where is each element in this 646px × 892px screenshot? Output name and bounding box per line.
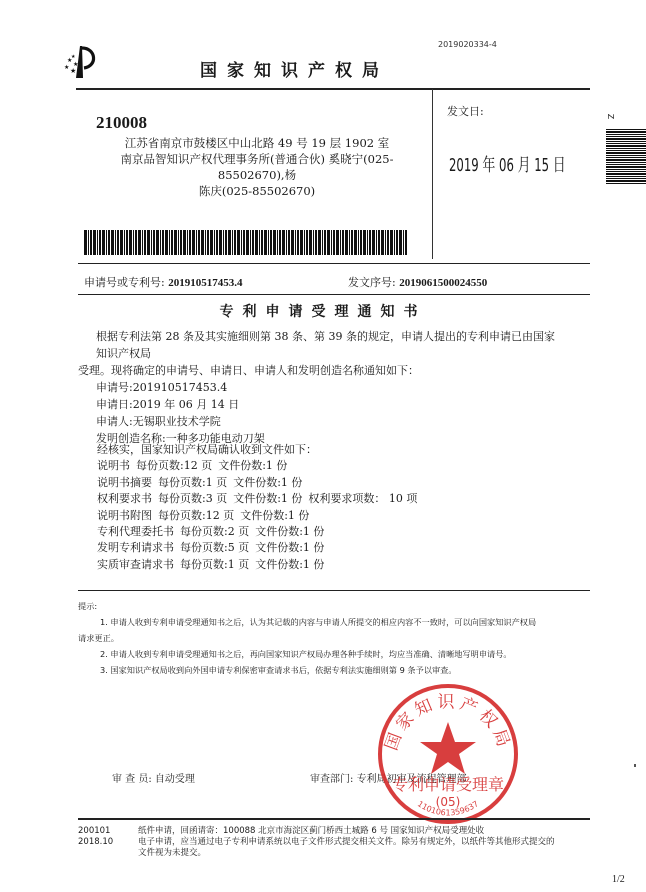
cnipa-logo-icon: ★ ★ ★ ★ ★ bbox=[62, 44, 102, 80]
issue-date-label: 发文日: bbox=[447, 103, 484, 119]
footer-notes: 纸件申请，回函请寄：100088 北京市海淀区蓟门桥西土城路 6 号 国家知识产… bbox=[138, 826, 608, 859]
address-line: 南京品智知识产权代理事务所(普通合伙) 奚晓宁(025-85502670),杨 bbox=[92, 151, 422, 183]
tip-item: 2. 申请人收到专利申请受理通知书之后，再向国家知识产权局办理各种手续时，均应当… bbox=[78, 646, 598, 662]
footer-line: 文件视为未提交。 bbox=[138, 848, 608, 859]
star-icon bbox=[420, 722, 476, 774]
footer-rule bbox=[78, 818, 590, 820]
tips-rule bbox=[78, 590, 590, 591]
file-name: 权利要求书 bbox=[97, 492, 152, 505]
svg-text:★: ★ bbox=[71, 54, 76, 60]
document-number: 2019020334-4 bbox=[438, 40, 497, 49]
file-copies: 文件份数:1 份 bbox=[240, 509, 309, 522]
field-application-number: 申请号:201910517453.4 bbox=[78, 379, 558, 396]
barcode-right bbox=[228, 230, 408, 255]
margin-mark bbox=[634, 764, 636, 767]
tips: 提示: 1. 申请人收到专利申请受理通知书之后，认为其记载的内容与申请人所提交的… bbox=[78, 598, 598, 678]
address-line: 陈庆(025-85502670) bbox=[92, 183, 422, 199]
received-intro: 经核实，国家知识产权局确认收到文件如下： bbox=[97, 442, 423, 458]
department-label: 审查部门: bbox=[310, 774, 353, 785]
file-row: 权利要求书每份页数:3 页文件份数:1 份权利要求项数： 10 项 bbox=[97, 491, 423, 507]
header-rule bbox=[76, 88, 590, 90]
tip-item: 请求更正。 bbox=[78, 630, 598, 646]
intro-line: 根据专利法第 28 条及其实施细则第 38 条、第 39 条的规定，申请人提出的… bbox=[78, 328, 558, 362]
file-extra: 权利要求项数： 10 项 bbox=[308, 492, 417, 505]
official-seal-stamp: 国家知识产权局 专利申请受理章 (05) 1101061359637 bbox=[376, 682, 520, 826]
file-row: 专利代理委托书每份页数:2 页文件份数:1 份 bbox=[97, 524, 423, 540]
side-barcode-label: Z bbox=[606, 114, 615, 119]
file-name: 发明专利请求书 bbox=[97, 541, 174, 554]
intro-line: 受理。现将确定的申请号、申请日、申请人和发明创造名称通知如下： bbox=[78, 362, 558, 379]
file-name: 说明书 bbox=[97, 459, 130, 472]
file-pages: 每份页数:1 页 bbox=[180, 558, 249, 571]
footer-code: 200101 bbox=[78, 826, 113, 837]
file-copies: 文件份数:1 份 bbox=[255, 541, 324, 554]
stamp-code: (05) bbox=[436, 795, 461, 809]
reviewer: 审 查 员: 自动受理 bbox=[112, 770, 195, 785]
reviewer-label: 审 查 员: bbox=[112, 774, 152, 785]
reviewer-value: 自动受理 bbox=[155, 774, 195, 785]
file-name: 说明书附图 bbox=[97, 509, 152, 522]
postcode: 210008 bbox=[96, 113, 147, 133]
footer-line: 电子申请，应当通过电子专利申请系统以电子文件形式提交相关文件。除另有规定外，以纸… bbox=[138, 837, 608, 848]
page-number: 1/2 bbox=[612, 874, 625, 885]
application-number: 申请号或专利号: 201910517453.4 bbox=[84, 274, 242, 290]
field-application-date: 申请日:2019 年 06 月 14 日 bbox=[78, 396, 558, 413]
numbers-bottom-rule bbox=[78, 294, 590, 295]
notice-title: 专利申请受理通知书 bbox=[0, 301, 646, 321]
file-row: 说明书摘要每份页数:1 页文件份数:1 份 bbox=[97, 475, 423, 491]
svg-text:★: ★ bbox=[64, 64, 69, 71]
file-row: 说明书每份页数:12 页文件份数:1 份 bbox=[97, 458, 423, 474]
application-number-label: 申请号或专利号: bbox=[84, 276, 165, 289]
file-list: 说明书每份页数:12 页文件份数:1 份说明书摘要每份页数:1 页文件份数:1 … bbox=[97, 458, 423, 573]
notice-body: 根据专利法第 28 条及其实施细则第 38 条、第 39 条的规定，申请人提出的… bbox=[78, 328, 558, 447]
file-pages: 每份页数:12 页 bbox=[136, 459, 212, 472]
file-pages: 每份页数:12 页 bbox=[158, 509, 234, 522]
issue-date-value: 2019 年 06 月 15 日 bbox=[449, 151, 566, 177]
file-name: 实质审查请求书 bbox=[97, 558, 174, 571]
file-copies: 文件份数:1 份 bbox=[218, 459, 287, 472]
svg-text:★: ★ bbox=[73, 61, 78, 68]
svg-text:★: ★ bbox=[70, 67, 76, 75]
file-row: 发明专利请求书每份页数:5 页文件份数:1 份 bbox=[97, 540, 423, 556]
received-files: 经核实，国家知识产权局确认收到文件如下： 说明书每份页数:12 页文件份数:1 … bbox=[97, 442, 423, 573]
file-pages: 每份页数:3 页 bbox=[158, 492, 227, 505]
barcode-left bbox=[84, 230, 228, 255]
footer-codes: 200101 2018.10 bbox=[78, 826, 113, 848]
file-copies: 文件份数:1 份 bbox=[255, 525, 324, 538]
tip-item: 1. 申请人收到专利申请受理通知书之后，认为其记载的内容与申请人所提交的相应内容… bbox=[78, 614, 598, 630]
stamp-center-text: 专利申请受理章 bbox=[392, 775, 504, 794]
file-pages: 每份页数:2 页 bbox=[180, 525, 249, 538]
file-copies: 文件份数:1 份 bbox=[233, 476, 302, 489]
tips-heading: 提示: bbox=[78, 598, 598, 614]
file-copies: 文件份数:1 份 bbox=[255, 558, 324, 571]
file-copies: 文件份数:1 份 bbox=[233, 492, 302, 505]
field-applicant: 申请人:无锡职业技术学院 bbox=[78, 413, 558, 430]
file-row: 实质审查请求书每份页数:1 页文件份数:1 份 bbox=[97, 557, 423, 573]
tip-item: 3. 国家知识产权局收到向外国申请专利保密审查请求书后，依据专利法实施细则第 9… bbox=[78, 662, 598, 678]
header-divider bbox=[432, 89, 433, 259]
recipient-address: 江苏省南京市鼓楼区中山北路 49 号 19 层 1902 室 南京品智知识产权代… bbox=[92, 135, 422, 199]
serial-number: 发文序号: 2019061500024550 bbox=[348, 274, 487, 290]
file-name: 说明书摘要 bbox=[97, 476, 152, 489]
side-barcode bbox=[606, 129, 646, 185]
agency-name: 国家知识产权局 bbox=[200, 56, 389, 81]
footer-line: 纸件申请，回函请寄：100088 北京市海淀区蓟门桥西土城路 6 号 国家知识产… bbox=[138, 826, 608, 837]
serial-number-value: 2019061500024550 bbox=[399, 277, 487, 289]
numbers-top-rule bbox=[78, 263, 590, 264]
file-name: 专利代理委托书 bbox=[97, 525, 174, 538]
address-line: 江苏省南京市鼓楼区中山北路 49 号 19 层 1902 室 bbox=[92, 135, 422, 151]
serial-number-label: 发文序号: bbox=[348, 276, 396, 289]
application-number-value: 201910517453.4 bbox=[168, 277, 242, 289]
file-row: 说明书附图每份页数:12 页文件份数:1 份 bbox=[97, 508, 423, 524]
footer-code: 2018.10 bbox=[78, 837, 113, 848]
file-pages: 每份页数:1 页 bbox=[158, 476, 227, 489]
file-pages: 每份页数:5 页 bbox=[180, 541, 249, 554]
